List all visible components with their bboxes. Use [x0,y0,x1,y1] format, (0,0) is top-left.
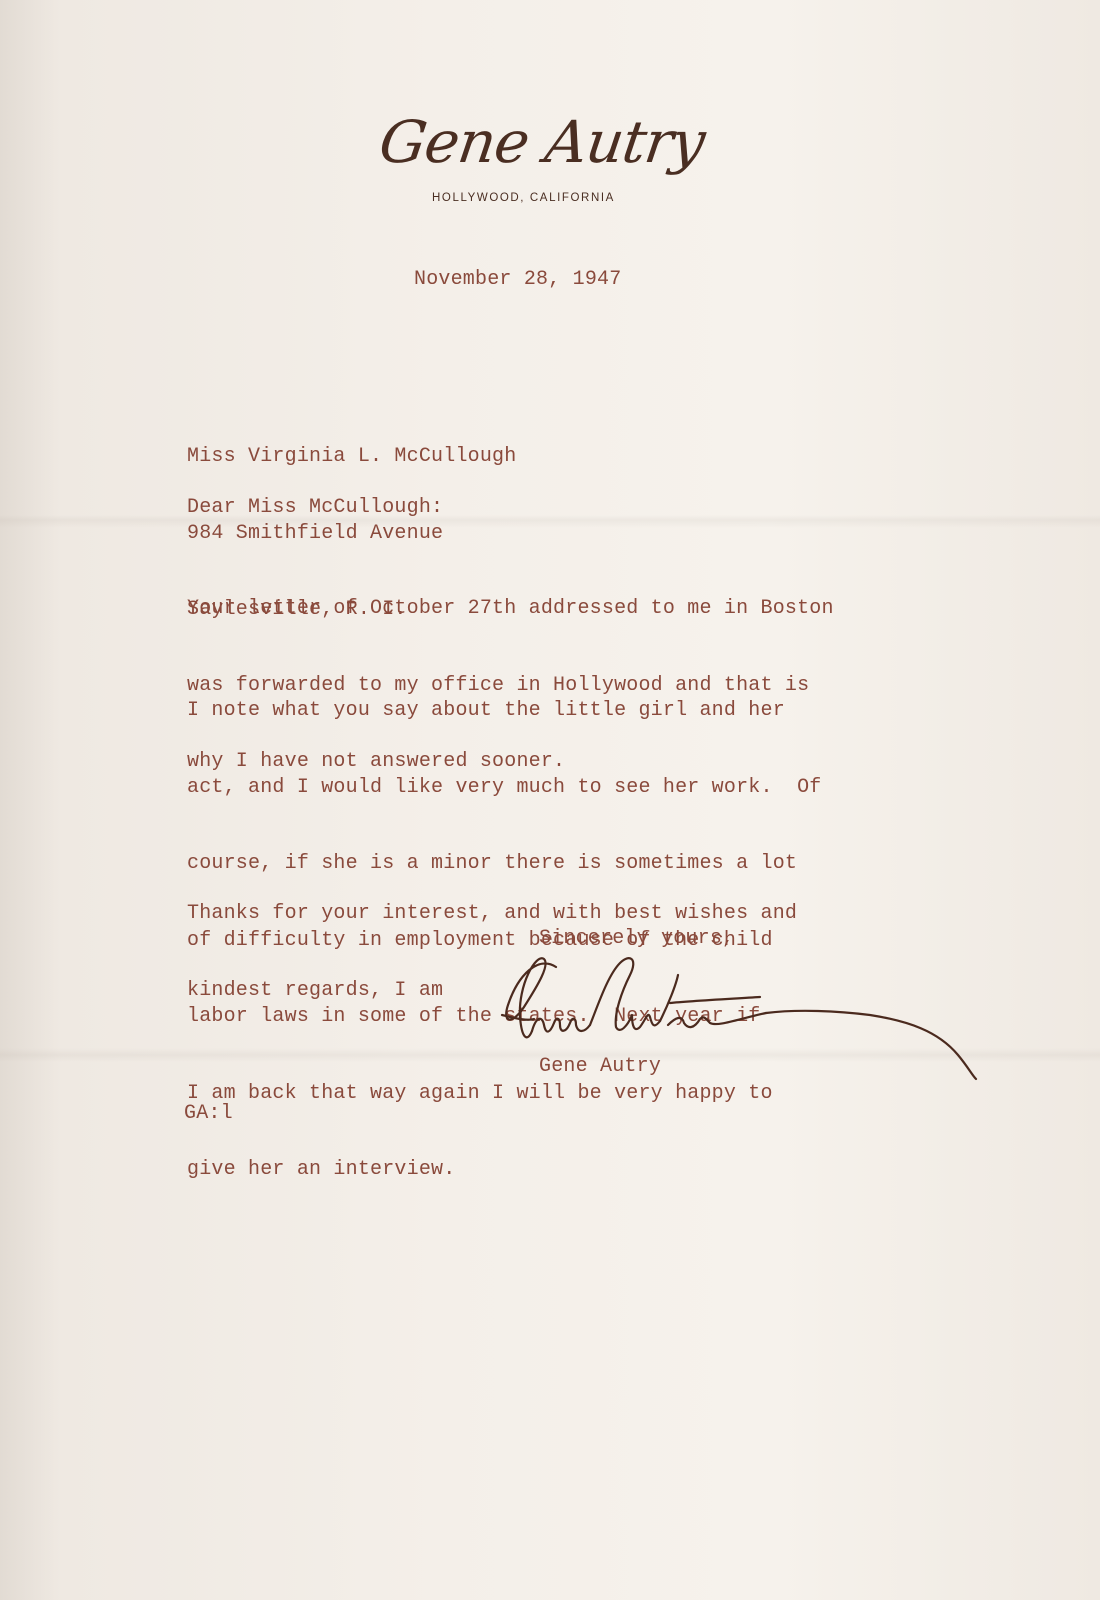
recipient-name: Miss Virginia L. McCullough [187,444,516,470]
body-line: act, and I would like very much to see h… [187,775,822,801]
salutation: Dear Miss McCullough: [187,495,443,521]
body-line: I note what you say about the little gir… [187,698,822,724]
typed-signer-name: Gene Autry [539,1054,661,1080]
letter-date: November 28, 1947 [414,267,621,293]
body-line: Thanks for your interest, and with best … [187,901,797,927]
letterhead-location: HOLLYWOOD, CALIFORNIA [432,192,615,204]
recipient-street: 984 Smithfield Avenue [187,521,516,547]
letterhead-name: Gene Autry [375,108,708,176]
paper-edge-shadow [0,0,60,1600]
body-line: Your letter of October 27th addressed to… [187,596,834,622]
body-line: give her an interview. [187,1157,822,1183]
reference-initials: GA:l [184,1101,233,1127]
letterhead: Gene Autry HOLLYWOOD, CALIFORNIA [380,108,710,228]
